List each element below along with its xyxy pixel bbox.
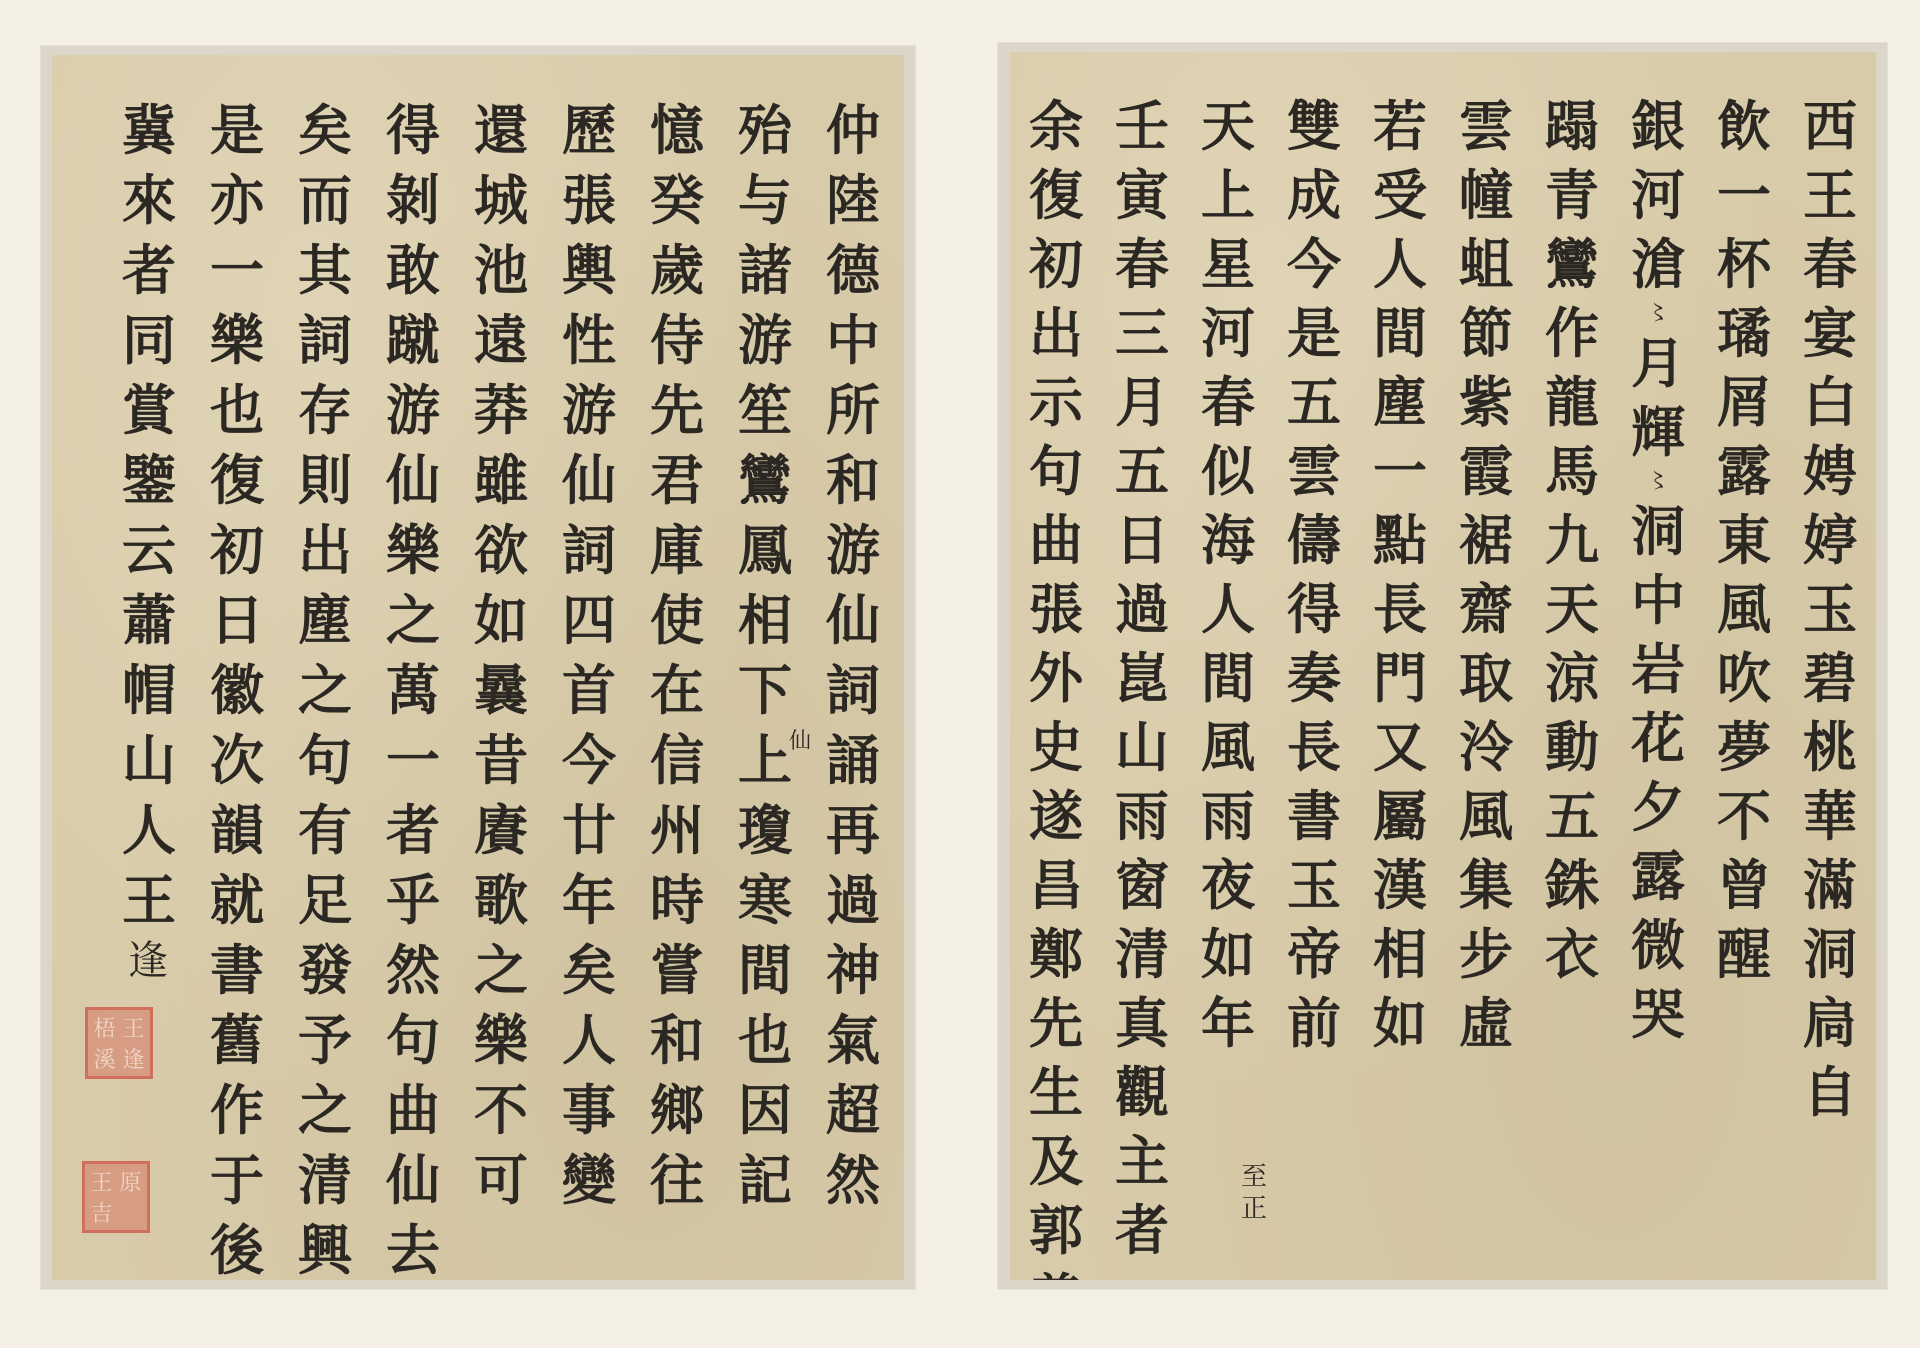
- calligraphy-char: 鄉: [641, 1075, 713, 1145]
- calligraphy-char: 涼: [1536, 644, 1608, 713]
- calligraphy-char: 曾: [1708, 851, 1780, 920]
- calligraphy-char: 云: [113, 515, 185, 585]
- calligraphy-char: 樂: [377, 515, 449, 585]
- calligraphy-char: 則: [289, 445, 361, 515]
- calligraphy-char: 之: [289, 1075, 361, 1145]
- calligraphy-char: 岩: [1622, 635, 1694, 704]
- calligraphy-char: 節: [1450, 299, 1522, 368]
- calligraphy-char: 山: [113, 725, 185, 795]
- calligraphy-char: 如: [1192, 920, 1264, 989]
- calligraphy-char: 雲: [1450, 92, 1522, 161]
- text-column: 歷張輿性游仙詞四首今廿年矣人事變: [553, 95, 625, 1215]
- calligraphy-char: 娉: [1794, 437, 1866, 506]
- calligraphy-char: 帝: [1278, 920, 1350, 989]
- text-column: 壬寅春三月五日過崑山雨窗清真觀主者: [1106, 92, 1178, 1265]
- calligraphy-char: 洞: [1622, 497, 1694, 566]
- calligraphy-char: 次: [201, 725, 273, 795]
- calligraphy-char: 不: [1708, 782, 1780, 851]
- signature-char: 逢: [112, 925, 184, 997]
- calligraphy-char: 成: [1278, 161, 1350, 230]
- calligraphy-char: 銀: [1622, 92, 1694, 161]
- calligraphy-char: 清: [289, 1145, 361, 1215]
- calligraphy-char: 受: [1364, 161, 1436, 230]
- text-column: 若受人間塵一點長門又屬漢相如: [1364, 92, 1436, 1058]
- calligraphy-char: 壬: [1106, 92, 1178, 161]
- calligraphy-char: 句: [377, 1005, 449, 1075]
- calligraphy-char: 予: [289, 1005, 361, 1075]
- calligraphy-char: 婷: [1794, 506, 1866, 575]
- calligraphy-char: 是: [1278, 299, 1350, 368]
- calligraphy-char: 吹: [1708, 644, 1780, 713]
- calligraphy-char: 有: [289, 795, 361, 865]
- calligraphy-char: 是: [201, 95, 273, 165]
- calligraphy-char: 河: [1192, 299, 1264, 368]
- calligraphy-char: 窗: [1106, 851, 1178, 920]
- calligraphy-char: 馬: [1536, 437, 1608, 506]
- calligraphy-char: 詞: [817, 655, 889, 725]
- calligraphy-char: 句: [289, 725, 361, 795]
- calligraphy-char: 敢: [377, 235, 449, 305]
- calligraphy-char: 人: [1364, 230, 1436, 299]
- calligraphy-char: 今: [553, 725, 625, 795]
- calligraphy-char: 復: [1020, 161, 1092, 230]
- calligraphy-char: 得: [377, 95, 449, 165]
- seal-upper-char: 王: [122, 1012, 144, 1043]
- text-column: 銀河滄〻月輝〻洞中岩花夕露微哭: [1622, 92, 1694, 1049]
- calligraphy-char: 舊: [201, 1005, 273, 1075]
- seal-upper-char: 逢: [122, 1043, 144, 1074]
- calligraphy-char: 之: [377, 585, 449, 655]
- calligraphy-char: 者: [377, 795, 449, 865]
- calligraphy-char: 過: [1106, 575, 1178, 644]
- calligraphy-char: 東: [1708, 506, 1780, 575]
- text-column: 仲陸德中所和游仙詞誦再過神氣超然: [817, 95, 889, 1215]
- calligraphy-char: 〻: [1622, 299, 1694, 329]
- calligraphy-char: 一: [1708, 161, 1780, 230]
- calligraphy-char: 矣: [553, 935, 625, 1005]
- calligraphy-char: 風: [1192, 713, 1264, 782]
- calligraphy-char: 取: [1450, 644, 1522, 713]
- calligraphy-char: 也: [201, 375, 273, 445]
- calligraphy-char: 桃: [1794, 713, 1866, 782]
- calligraphy-char: 月: [1106, 368, 1178, 437]
- calligraphy-char: 間: [1192, 644, 1264, 713]
- calligraphy-char: 間: [729, 935, 801, 1005]
- calligraphy-char: 蹋: [1536, 92, 1608, 161]
- calligraphy-char: 鄭: [1020, 920, 1092, 989]
- calligraphy-char: 去: [377, 1215, 449, 1280]
- calligraphy-char: 和: [817, 445, 889, 515]
- calligraphy-char: 雨: [1106, 782, 1178, 851]
- calligraphy-char: 春: [1192, 368, 1264, 437]
- calligraphy-char: 奏: [1278, 644, 1350, 713]
- calligraphy-char: 事: [553, 1075, 625, 1145]
- calligraphy-char: 書: [1278, 782, 1350, 851]
- calligraphy-char: 清: [1106, 920, 1178, 989]
- calligraphy-char: 銖: [1536, 851, 1608, 920]
- calligraphy-char: 性: [553, 305, 625, 375]
- calligraphy-char: 出: [289, 515, 361, 585]
- calligraphy-char: 青: [1536, 161, 1608, 230]
- text-column: 冀來者同賞鑒云蕭帽山人王: [113, 95, 185, 935]
- calligraphy-char: 游: [553, 375, 625, 445]
- calligraphy-char: 醒: [1708, 920, 1780, 989]
- calligraphy-char: 塵: [289, 585, 361, 655]
- calligraphy-char: 神: [817, 935, 889, 1005]
- calligraphy-char: 五: [1278, 368, 1350, 437]
- calligraphy-char: 所: [817, 375, 889, 445]
- calligraphy-char: 還: [465, 95, 537, 165]
- calligraphy-char: 遂: [1020, 782, 1092, 851]
- calligraphy-char: 發: [289, 935, 361, 1005]
- calligraphy-char: 賞: [113, 375, 185, 445]
- calligraphy-char: 露: [1622, 842, 1694, 911]
- calligraphy-char: 幢: [1450, 161, 1522, 230]
- seal-upper-char: 梧: [93, 1012, 115, 1043]
- calligraphy-char: 玉: [1794, 575, 1866, 644]
- calligraphy-char: 杯: [1708, 230, 1780, 299]
- text-column: 矣而其詞存則出塵之句有足發予之清興: [289, 95, 361, 1280]
- calligraphy-char: 昔: [465, 725, 537, 795]
- calligraphy-char: 長: [1278, 713, 1350, 782]
- calligraphy-char: 雙: [1278, 92, 1350, 161]
- calligraphy-char: 寒: [729, 865, 801, 935]
- calligraphy-char: 君: [641, 445, 713, 515]
- calligraphy-char: 白: [1794, 368, 1866, 437]
- calligraphy-char: 句: [1020, 437, 1092, 506]
- calligraphy-char: 也: [729, 1005, 801, 1075]
- calligraphy-char: 余: [1020, 92, 1092, 161]
- calligraphy-char: 先: [641, 375, 713, 445]
- calligraphy-char: 自: [1794, 1058, 1866, 1127]
- text-column: 憶癸歲侍先君庫使在信州時嘗和鄉往: [641, 95, 713, 1215]
- text-column: 天上星河春似海人間風雨夜如年: [1192, 92, 1264, 1058]
- calligraphy-char: 及: [1020, 1127, 1092, 1196]
- calligraphy-char: 王: [1794, 161, 1866, 230]
- calligraphy-char: 史: [1020, 713, 1092, 782]
- calligraphy-char: 歷: [553, 95, 625, 165]
- calligraphy-char: 中: [817, 305, 889, 375]
- calligraphy-char: 相: [729, 585, 801, 655]
- calligraphy-char: 三: [1106, 299, 1178, 368]
- calligraphy-char: 示: [1020, 368, 1092, 437]
- calligraphy-char: 如: [1364, 989, 1436, 1058]
- calligraphy-char: 亦: [201, 165, 273, 235]
- calligraphy-char: 日: [201, 585, 273, 655]
- calligraphy-char: 門: [1364, 644, 1436, 713]
- calligraphy-char: 者: [113, 235, 185, 305]
- calligraphy-char: 屬: [1364, 782, 1436, 851]
- calligraphy-char: 詞: [289, 305, 361, 375]
- calligraphy-char: 游: [377, 375, 449, 445]
- calligraphy-char: 花: [1622, 704, 1694, 773]
- calligraphy-char: 一: [201, 235, 273, 305]
- calligraphy-char: 之: [289, 655, 361, 725]
- calligraphy-char: 輝: [1622, 398, 1694, 467]
- calligraphy-char: 其: [289, 235, 361, 305]
- calligraphy-char: 真: [1106, 989, 1178, 1058]
- calligraphy-char: 鸞: [729, 445, 801, 515]
- calligraphy-char: 天: [1192, 92, 1264, 161]
- calligraphy-char: 塵: [1364, 368, 1436, 437]
- calligraphy-char: 曲: [377, 1075, 449, 1145]
- calligraphy-char: 今: [1278, 230, 1350, 299]
- calligraphy-char: 崑: [1106, 644, 1178, 713]
- calligraphy-char: 德: [817, 235, 889, 305]
- calligraphy-char: 乎: [377, 865, 449, 935]
- calligraphy-char: 年: [553, 865, 625, 935]
- calligraphy-char: 同: [113, 305, 185, 375]
- calligraphy-char: 春: [1794, 230, 1866, 299]
- calligraphy-char: 之: [465, 935, 537, 1005]
- calligraphy-char: 与: [729, 165, 801, 235]
- calligraphy-char: 上: [1192, 161, 1264, 230]
- calligraphy-char: 誦: [817, 725, 889, 795]
- calligraphy-char: 如: [465, 585, 537, 655]
- calligraphy-char: 漢: [1364, 851, 1436, 920]
- calligraphy-char: 信: [641, 725, 713, 795]
- calligraphy-char: 然: [377, 935, 449, 1005]
- calligraphy-char: 滄: [1622, 230, 1694, 299]
- calligraphy-char: 蹴: [377, 305, 449, 375]
- calligraphy-char: 初: [1020, 230, 1092, 299]
- calligraphy-char: 虛: [1450, 989, 1522, 1058]
- seal-lower-char: 吉: [90, 1197, 112, 1228]
- calligraphy-char: 羲: [1020, 1265, 1092, 1280]
- calligraphy-char: 遠: [465, 305, 537, 375]
- calligraphy-char: 間: [1364, 299, 1436, 368]
- calligraphy-char: 〻: [1622, 467, 1694, 497]
- calligraphy-char: 作: [1536, 299, 1608, 368]
- right-leaf-paper: 西王春宴白娉婷玉碧桃華滿洞扃自飲一杯璚屑露東風吹夢不曾醒銀河滄〻月輝〻洞中岩花夕…: [1010, 52, 1876, 1280]
- calligraphy-char: 裾: [1450, 506, 1522, 575]
- calligraphy-char: 歲: [641, 235, 713, 305]
- calligraphy-char: 五: [1536, 782, 1608, 851]
- calligraphy-char: 使: [641, 585, 713, 655]
- text-column: 是亦一樂也復初日徽次韻就書舊作于後: [201, 95, 273, 1280]
- small-annotation-text: 至正: [1234, 1162, 1271, 1226]
- calligraphy-char: 鑒: [113, 445, 185, 515]
- calligraphy-char: 人: [113, 795, 185, 865]
- calligraphy-char: 夢: [1708, 713, 1780, 782]
- calligraphy-char: 齋: [1450, 575, 1522, 644]
- calligraphy-char: 存: [289, 375, 361, 445]
- calligraphy-char: 點: [1364, 506, 1436, 575]
- text-column: 殆与諸游笙鸞鳳相下上瓊寒間也因記: [729, 95, 801, 1215]
- calligraphy-char: 相: [1364, 920, 1436, 989]
- calligraphy-char: 集: [1450, 851, 1522, 920]
- calligraphy-char: 日: [1106, 506, 1178, 575]
- calligraphy-char: 陸: [817, 165, 889, 235]
- text-column: 飲一杯璚屑露東風吹夢不曾醒: [1708, 92, 1780, 989]
- calligraphy-char: 華: [1794, 782, 1866, 851]
- calligraphy-char: 廿: [553, 795, 625, 865]
- calligraphy-char: 萬: [377, 655, 449, 725]
- calligraphy-char: 得: [1278, 575, 1350, 644]
- seal-lower-char: 原: [119, 1166, 141, 1197]
- calligraphy-char: 一: [377, 725, 449, 795]
- calligraphy-char: 玉: [1278, 851, 1350, 920]
- calligraphy-char: 笙: [729, 375, 801, 445]
- calligraphy-char: 再: [817, 795, 889, 865]
- calligraphy-char: 憶: [641, 95, 713, 165]
- calligraphy-char: 春: [1106, 230, 1178, 299]
- calligraphy-char: 若: [1364, 92, 1436, 161]
- calligraphy-char: 往: [641, 1145, 713, 1215]
- calligraphy-char: 宴: [1794, 299, 1866, 368]
- calligraphy-char: 河: [1622, 161, 1694, 230]
- calligraphy-char: 出: [1020, 299, 1092, 368]
- calligraphy-char: 觀: [1106, 1058, 1178, 1127]
- calligraphy-char: 癸: [641, 165, 713, 235]
- calligraphy-char: 徽: [201, 655, 273, 725]
- calligraphy-char: 星: [1192, 230, 1264, 299]
- calligraphy-char: 庫: [641, 515, 713, 585]
- calligraphy-char: 因: [729, 1075, 801, 1145]
- calligraphy-char: 就: [201, 865, 273, 935]
- calligraphy-char: 過: [817, 865, 889, 935]
- calligraphy-char: 霞: [1450, 437, 1522, 506]
- calligraphy-char: 屑: [1708, 368, 1780, 437]
- text-column: 還城池遠莽雖欲如曩昔賡歌之樂不可: [465, 95, 537, 1215]
- seal-lower: 王 原 吉: [82, 1161, 150, 1233]
- calligraphy-char: 動: [1536, 713, 1608, 782]
- calligraphy-char: 夜: [1192, 851, 1264, 920]
- calligraphy-char: 璚: [1708, 299, 1780, 368]
- calligraphy-char: 州: [641, 795, 713, 865]
- calligraphy-char: 復: [201, 445, 273, 515]
- calligraphy-char: 然: [817, 1145, 889, 1215]
- calligraphy-char: 主: [1106, 1127, 1178, 1196]
- calligraphy-char: 足: [289, 865, 361, 935]
- calligraphy-char: 雖: [465, 445, 537, 515]
- calligraphy-char: 前: [1278, 989, 1350, 1058]
- left-leaf-paper: 仲陸德中所和游仙詞誦再過神氣超然殆与諸游笙鸞鳳相下上瓊寒間也因記憶癸歲侍先君庫使…: [52, 55, 904, 1280]
- calligraphy-char: 扃: [1794, 989, 1866, 1058]
- calligraphy-char: 超: [817, 1075, 889, 1145]
- calligraphy-char: 莽: [465, 375, 537, 445]
- calligraphy-char: 仙: [817, 585, 889, 655]
- calligraphy-char: 泠: [1450, 713, 1522, 782]
- calligraphy-char: 于: [201, 1145, 273, 1215]
- calligraphy-char: 輿: [553, 235, 625, 305]
- calligraphy-char: 在: [641, 655, 713, 725]
- seal-upper-char: 溪: [93, 1043, 115, 1074]
- calligraphy-char: 仙: [553, 445, 625, 515]
- calligraphy-char: 仙: [377, 1145, 449, 1215]
- calligraphy-char: 侍: [641, 305, 713, 375]
- calligraphy-char: 滿: [1794, 851, 1866, 920]
- calligraphy-char: 人: [553, 1005, 625, 1075]
- calligraphy-char: 郭: [1020, 1196, 1092, 1265]
- calligraphy-char: 雲: [1278, 437, 1350, 506]
- calligraphy-char: 剝: [377, 165, 449, 235]
- calligraphy-char: 作: [201, 1075, 273, 1145]
- calligraphy-char: 樂: [201, 305, 273, 375]
- calligraphy-char: 和: [641, 1005, 713, 1075]
- calligraphy-char: 嘗: [641, 935, 713, 1005]
- calligraphy-char: 詞: [553, 515, 625, 585]
- calligraphy-char: 蛆: [1450, 230, 1522, 299]
- calligraphy-char: 紫: [1450, 368, 1522, 437]
- calligraphy-char: 步: [1450, 920, 1522, 989]
- text-column: 得剝敢蹴游仙樂之萬一者乎然句曲仙去: [377, 95, 449, 1280]
- calligraphy-char: 西: [1794, 92, 1866, 161]
- calligraphy-char: 寅: [1106, 161, 1178, 230]
- calligraphy-char: 氣: [817, 1005, 889, 1075]
- calligraphy-char: 韻: [201, 795, 273, 865]
- calligraphy-char: 矣: [289, 95, 361, 165]
- calligraphy-char: 生: [1020, 1058, 1092, 1127]
- calligraphy-char: 張: [553, 165, 625, 235]
- calligraphy-char: 龍: [1536, 368, 1608, 437]
- calligraphy-char: 微: [1622, 911, 1694, 980]
- calligraphy-char: 四: [553, 585, 625, 655]
- calligraphy-char: 洞: [1794, 920, 1866, 989]
- seal-lower-char: 王: [90, 1166, 112, 1197]
- calligraphy-char: 變: [553, 1145, 625, 1215]
- calligraphy-char: 昌: [1020, 851, 1092, 920]
- calligraphy-char: 不: [465, 1075, 537, 1145]
- calligraphy-char: 曩: [465, 655, 537, 725]
- calligraphy-char: 而: [289, 165, 361, 235]
- calligraphy-char: 時: [641, 865, 713, 935]
- calligraphy-char: 中: [1622, 566, 1694, 635]
- calligraphy-char: 衣: [1536, 920, 1608, 989]
- calligraphy-char: 人: [1192, 575, 1264, 644]
- calligraphy-char: 首: [553, 655, 625, 725]
- calligraphy-char: 下: [729, 655, 801, 725]
- calligraphy-char: 書: [201, 935, 273, 1005]
- calligraphy-char: 年: [1192, 989, 1264, 1058]
- text-column: 余復初出示句曲張外史遂昌鄭先生及郭羲: [1020, 92, 1092, 1280]
- calligraphy-char: 哭: [1622, 980, 1694, 1049]
- calligraphy-char: 外: [1020, 644, 1092, 713]
- calligraphy-char: 諸: [729, 235, 801, 305]
- calligraphy-char: 儔: [1278, 506, 1350, 575]
- calligraphy-char: 風: [1708, 575, 1780, 644]
- calligraphy-char: 初: [201, 515, 273, 585]
- calligraphy-char: 鸞: [1536, 230, 1608, 299]
- text-column: 雙成今是五雲儔得奏長書玉帝前: [1278, 92, 1350, 1058]
- calligraphy-char: 雨: [1192, 782, 1264, 851]
- calligraphy-char: 歌: [465, 865, 537, 935]
- calligraphy-char: 風: [1450, 782, 1522, 851]
- calligraphy-char: 露: [1708, 437, 1780, 506]
- calligraphy-char: 天: [1536, 575, 1608, 644]
- calligraphy-char: 又: [1364, 713, 1436, 782]
- calligraphy-char: 海: [1192, 506, 1264, 575]
- calligraphy-char: 賡: [465, 795, 537, 865]
- calligraphy-char: 九: [1536, 506, 1608, 575]
- calligraphy-char: 來: [113, 165, 185, 235]
- calligraphy-char: 游: [729, 305, 801, 375]
- calligraphy-char: 興: [289, 1215, 361, 1280]
- calligraphy-char: 仲: [817, 95, 889, 165]
- calligraphy-char: 五: [1106, 437, 1178, 506]
- inserted-char: 仙: [785, 727, 815, 757]
- calligraphy-char: 者: [1106, 1196, 1178, 1265]
- calligraphy-char: 碧: [1794, 644, 1866, 713]
- calligraphy-char: 山: [1106, 713, 1178, 782]
- calligraphy-char: 先: [1020, 989, 1092, 1058]
- calligraphy-char: 曲: [1020, 506, 1092, 575]
- calligraphy-char: 欲: [465, 515, 537, 585]
- text-column: 雲幢蛆節紫霞裾齋取泠風集步虛: [1450, 92, 1522, 1058]
- calligraphy-char: 夕: [1622, 773, 1694, 842]
- calligraphy-char: 冀: [113, 95, 185, 165]
- calligraphy-char: 後: [201, 1215, 273, 1280]
